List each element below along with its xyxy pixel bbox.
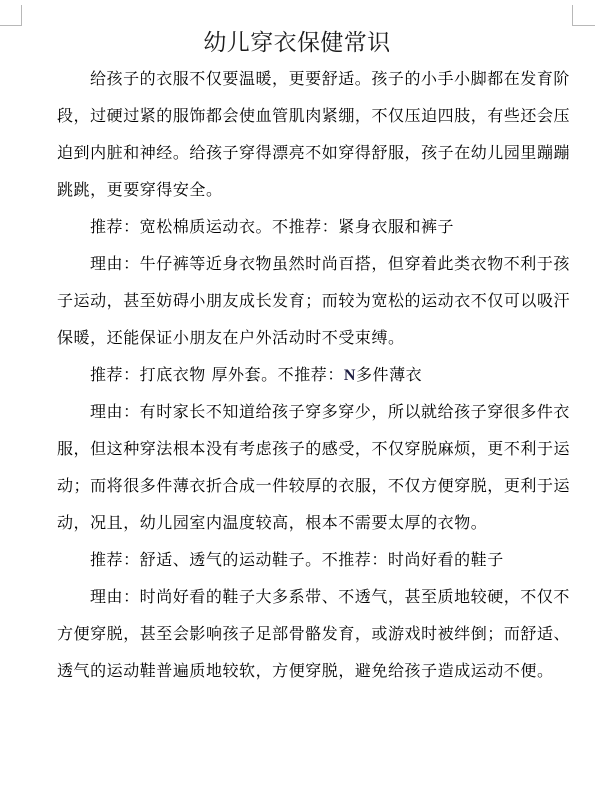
reason-line: 动，况且，幼儿园室内温度较高，根本不需要太厚的衣物。 — [57, 508, 575, 545]
recommendation-line: 推荐：打底衣物 厚外套。不推荐：N多件薄衣 — [57, 360, 575, 397]
recommendation-line: 推荐：舒适、透气的运动鞋子。不推荐：时尚好看的鞋子 — [57, 545, 575, 582]
intro-paragraph-line: 迫到内脏和神经。给孩子穿得漂亮不如穿得舒服，孩子在幼儿园里蹦蹦 — [57, 138, 575, 175]
margin-corner-mark-top-right — [572, 5, 595, 26]
document-title: 幼儿穿衣保健常识 — [0, 28, 594, 58]
reason-line: 理由：时尚好看的鞋子大多系带、不透气，甚至质地较硬，不仅不 — [57, 582, 575, 619]
recommendation-text-before: 推荐：打底衣物 厚外套。不推荐： — [90, 365, 344, 384]
margin-corner-mark-top-left — [0, 5, 22, 26]
reason-line: 理由：有时家长不知道给孩子穿多穿少，所以就给孩子穿很多件衣 — [57, 397, 575, 434]
reason-line: 服，但这种穿法根本没有考虑孩子的感受，不仅穿脱麻烦，更不利于运 — [57, 434, 575, 471]
reason-line: 理由：牛仔裤等近身衣物虽然时尚百搭，但穿着此类衣物不利于孩 — [57, 249, 575, 286]
document-body: 给孩子的衣服不仅要温暖，更要舒适。孩子的小手小脚都在发育阶 段，过硬过紧的服饰都… — [57, 64, 575, 693]
latin-letter-n: N — [344, 367, 356, 384]
document-page: 幼儿穿衣保健常识 给孩子的衣服不仅要温暖，更要舒适。孩子的小手小脚都在发育阶 段… — [0, 0, 604, 802]
reason-line: 方便穿脱，甚至会影响孩子足部骨骼发育，或游戏时被绊倒；而舒适、 — [57, 619, 575, 656]
reason-line: 保暖，还能保证小朋友在户外活动时不受束缚。 — [57, 323, 575, 360]
intro-paragraph-line: 跳跳，更要穿得安全。 — [57, 175, 575, 212]
intro-paragraph-line: 给孩子的衣服不仅要温暖，更要舒适。孩子的小手小脚都在发育阶 — [57, 64, 575, 101]
recommendation-line: 推荐：宽松棉质运动衣。不推荐：紧身衣服和裤子 — [57, 212, 575, 249]
reason-line: 动；而将很多件薄衣折合成一件较厚的衣服，不仅方便穿脱，更利于运 — [57, 471, 575, 508]
intro-paragraph-line: 段，过硬过紧的服饰都会使血管肌肉紧绷，不仅压迫四肢，有些还会压 — [57, 101, 575, 138]
reason-line: 透气的运动鞋普遍质地较软，方便穿脱，避免给孩子造成运动不便。 — [57, 656, 575, 693]
reason-line: 子运动，甚至妨碍小朋友成长发育；而较为宽松的运动衣不仅可以吸汗 — [57, 286, 575, 323]
recommendation-text-after: 多件薄衣 — [356, 365, 422, 384]
